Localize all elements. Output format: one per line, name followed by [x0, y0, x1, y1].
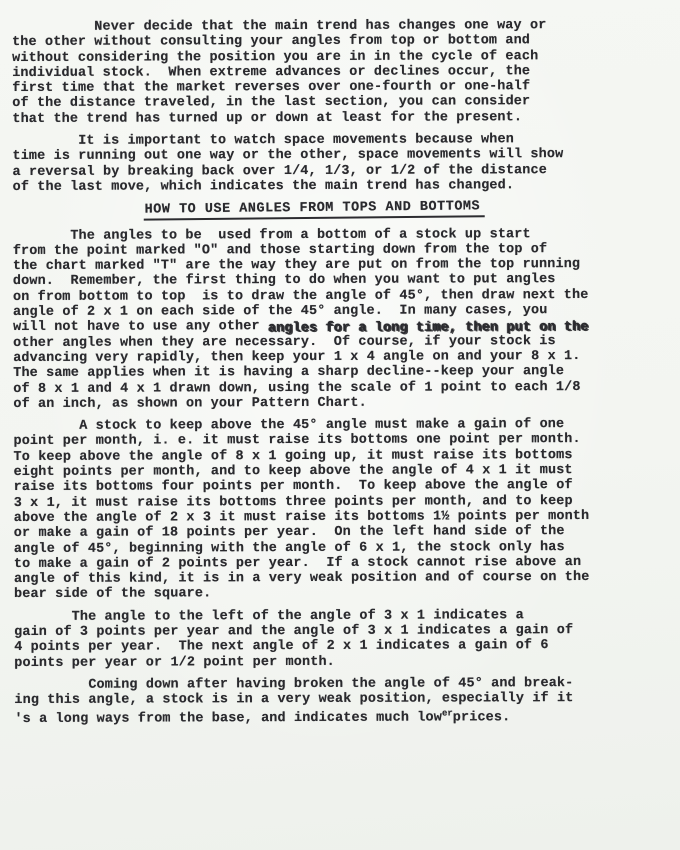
- text-line: advancing very rapidly, then keep your 1…: [13, 349, 675, 367]
- text-line: on from bottom to top is to draw the ang…: [13, 287, 675, 305]
- scanned-typewritten-page: Never decide that the main trend has cha…: [0, 0, 680, 850]
- paragraph: Coming down after having broken the angl…: [14, 676, 676, 728]
- text-line: that the trend has turned up or down at …: [12, 109, 674, 127]
- text-segment: will not have to use any other: [13, 319, 268, 335]
- paragraph: It is important to watch space movements…: [12, 132, 674, 195]
- raised-correction: er: [442, 707, 453, 722]
- text-line: the chart marked "T" are the way they ar…: [13, 257, 675, 275]
- text-line: 's a long ways from the base, and indica…: [14, 706, 676, 728]
- text-line: above the angle of 2 x 3 it must raise i…: [14, 509, 676, 527]
- section-heading-row: HOW TO USE ANGLES FROM TOPS AND BOTTOMS: [144, 200, 675, 220]
- text-line: bear side of the square.: [14, 585, 676, 603]
- overtyped-text: angles for a long time, then put on the: [268, 320, 589, 336]
- paragraph: The angles to be used from a bottom of a…: [13, 226, 676, 412]
- paragraph: A stock to keep above the 45° angle must…: [13, 417, 676, 603]
- text-line: point per month, i. e. it must raise its…: [13, 432, 675, 450]
- text-segment: 's a long ways from the base, and indica…: [14, 711, 442, 727]
- text-line: angle of this kind, it is in a very weak…: [14, 570, 676, 588]
- text-line: will not have to use any other angles fo…: [13, 318, 675, 336]
- text-line: of 8 x 1 and 4 x 1 drawn down, using the…: [13, 379, 675, 397]
- document-body: Never decide that the main trend has cha…: [12, 18, 676, 735]
- paragraph: Never decide that the main trend has cha…: [12, 18, 674, 127]
- text-line: points per year or 1/2 point per month.: [14, 653, 676, 671]
- paragraph: The angle to the left of the angle of 3 …: [14, 607, 676, 670]
- section-heading: HOW TO USE ANGLES FROM TOPS AND BOTTOMS: [144, 200, 486, 222]
- text-line: of the last move, which indicates the ma…: [13, 178, 675, 196]
- text-line: of an inch, as shown on your Pattern Cha…: [13, 395, 675, 413]
- text-segment: prices.: [453, 711, 511, 726]
